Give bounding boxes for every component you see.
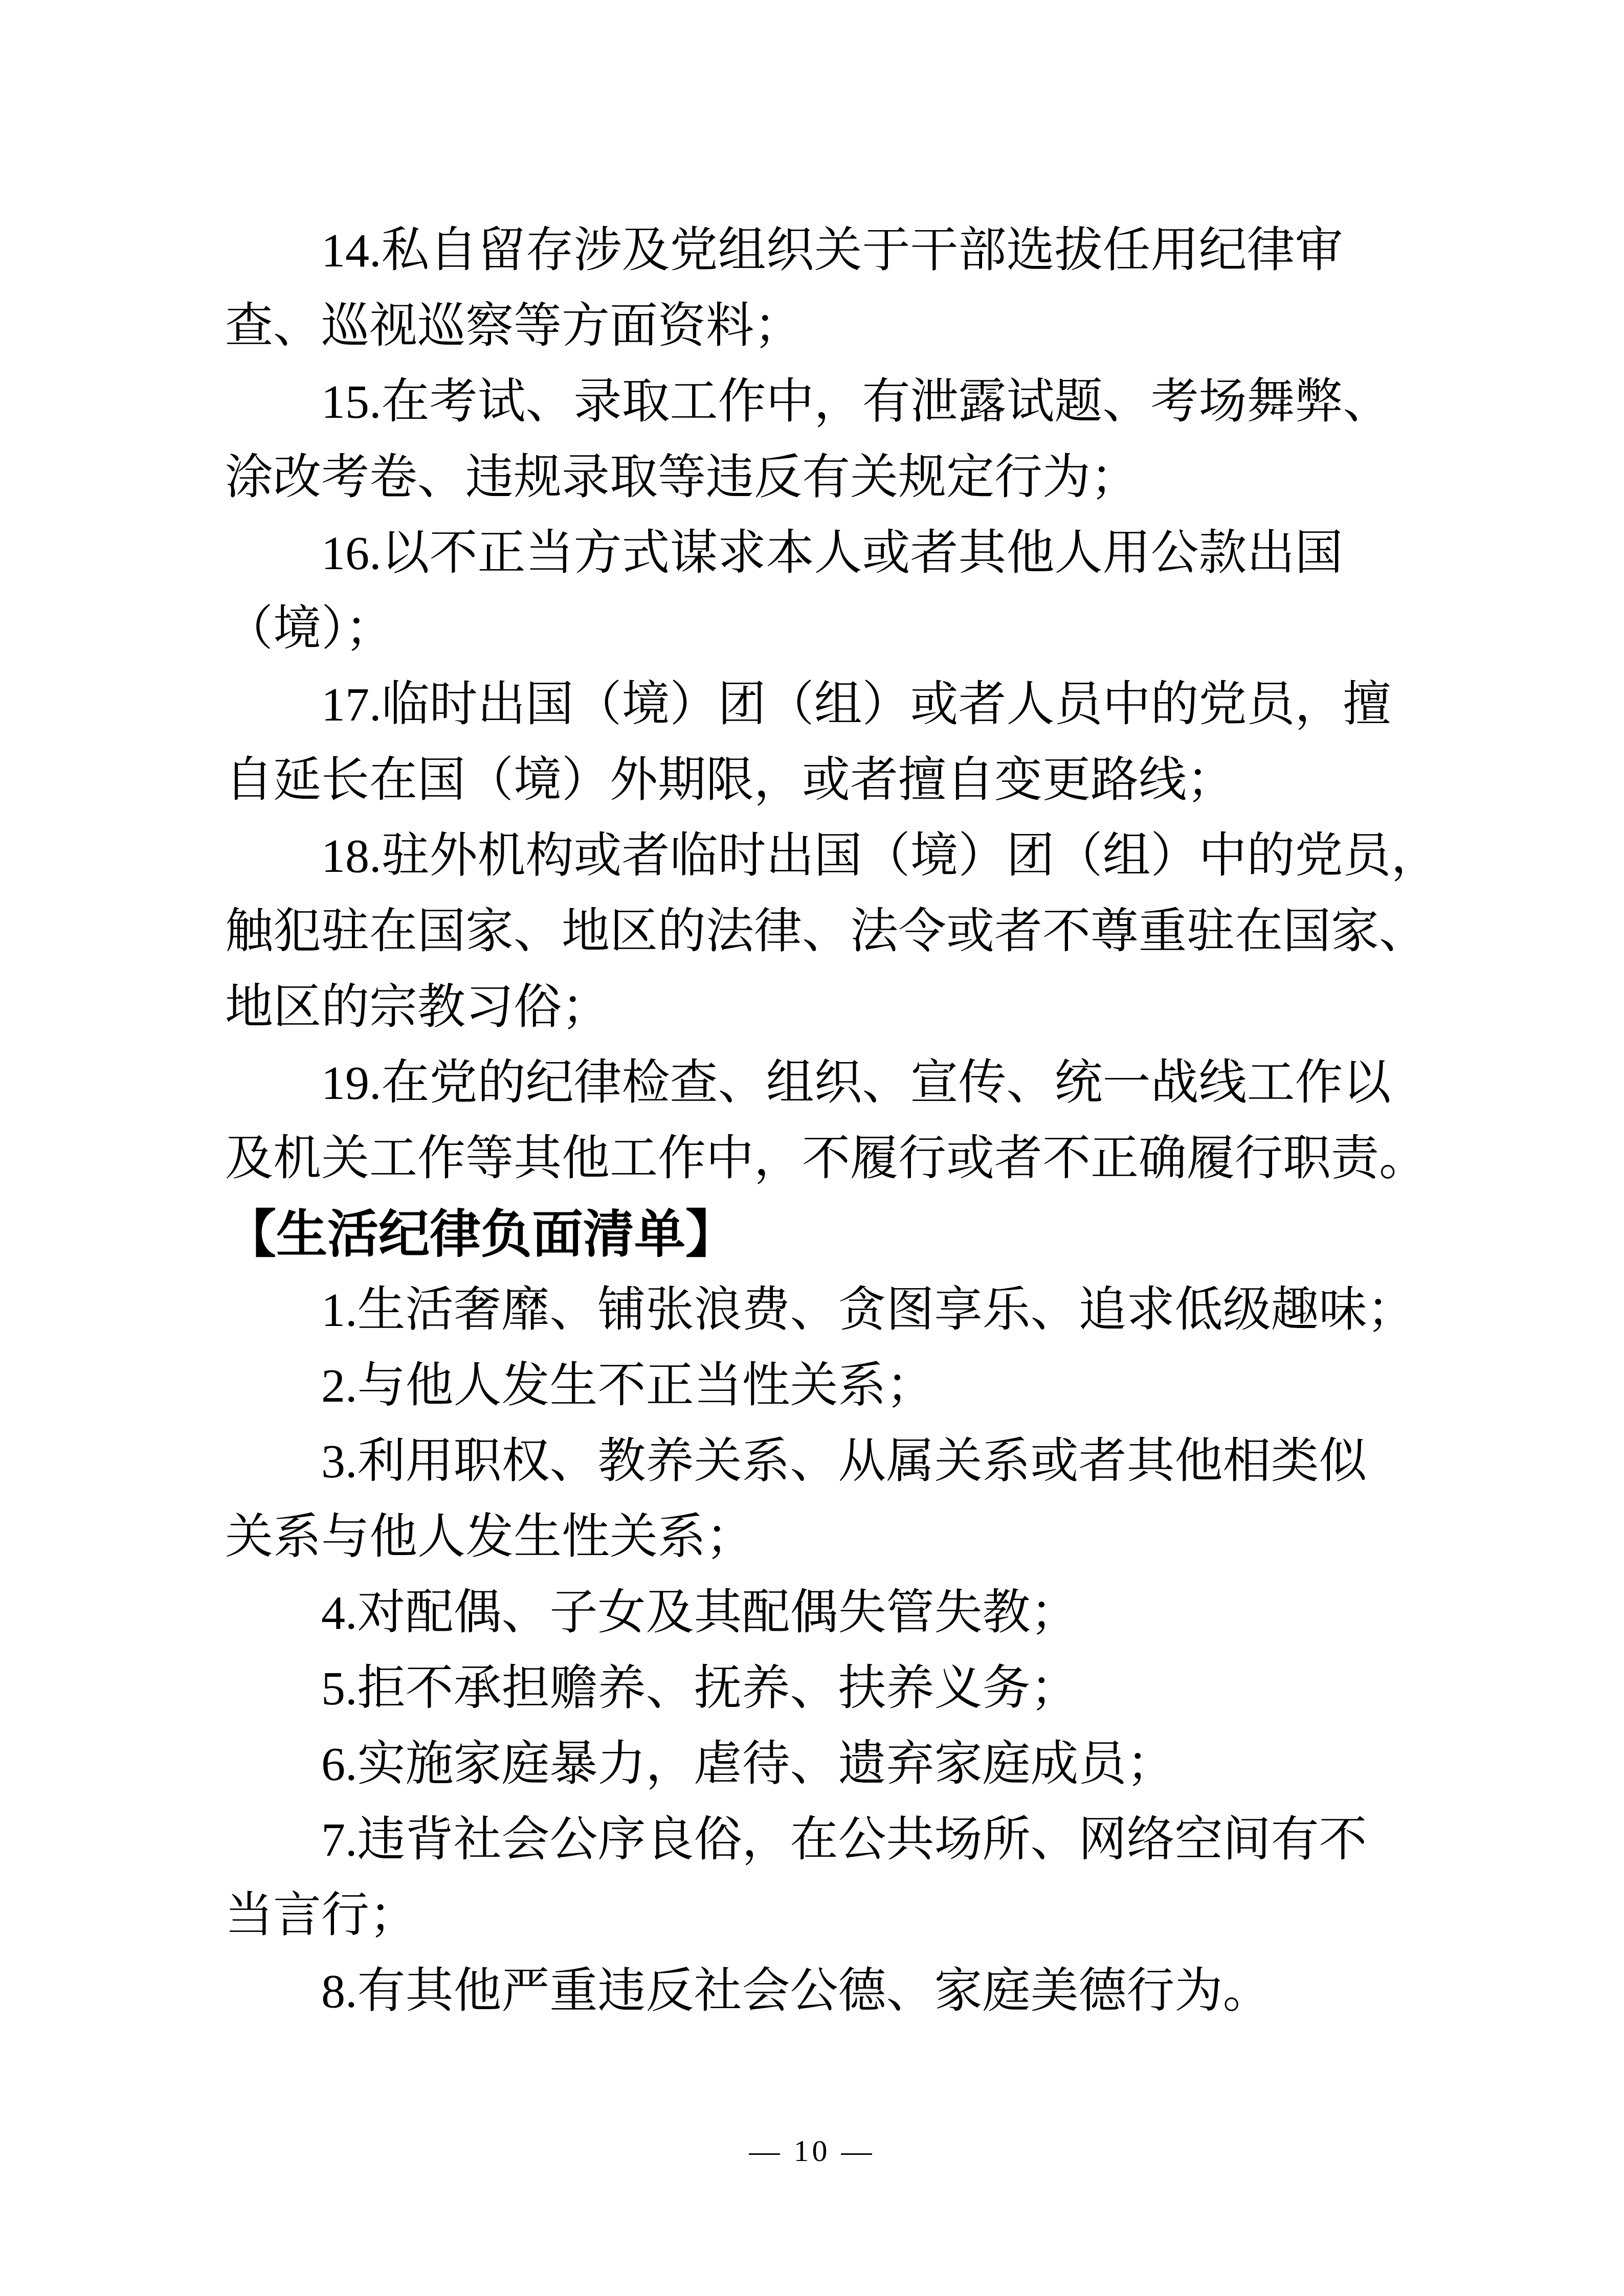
work-discipline-item-17: 17.临时出国（境）团（组）或者人员中的党员，擅 自延长在国（境）外期限，或者擅… (225, 667, 1453, 818)
work-discipline-item-16: 16.以不正当方式谋求本人或者其他人用公款出国 （境）； (225, 515, 1453, 667)
life-discipline-item-8: 8.有其他严重违反社会公德、家庭美德行为。 (225, 1953, 1453, 2029)
life-discipline-item-4: 4.对配偶、子女及其配偶失管失教； (225, 1575, 1453, 1651)
life-discipline-item-5: 5.拒不承担赡养、抚养、扶养义务； (225, 1651, 1453, 1726)
document-content: 14.私自留存涉及党组织关于干部选拔任用纪律审 查、巡视巡察等方面资料； 15.… (225, 213, 1453, 2029)
work-discipline-item-19: 19.在党的纪律检查、组织、宣传、统一战线工作以 及机关工作等其他工作中，不履行… (225, 1045, 1453, 1197)
work-discipline-item-18: 18.驻外机构或者临时出国（境）团（组）中的党员， 触犯驻在国家、地区的法律、法… (225, 818, 1453, 1045)
document-page: 14.私自留存涉及党组织关于干部选拔任用纪律审 查、巡视巡察等方面资料； 15.… (0, 0, 1624, 2296)
life-discipline-item-6: 6.实施家庭暴力，虐待、遗弃家庭成员； (225, 1726, 1453, 1802)
page-footer: — 10 — (0, 2126, 1624, 2175)
section-heading-life-discipline: 【生活纪律负面清单】 (225, 1197, 1453, 1272)
page-number: — 10 — (749, 2134, 875, 2168)
life-discipline-item-3: 3.利用职权、教养关系、从属关系或者其他相类似 关系与他人发生性关系； (225, 1424, 1453, 1575)
work-discipline-item-14: 14.私自留存涉及党组织关于干部选拔任用纪律审 查、巡视巡察等方面资料； (225, 213, 1453, 364)
life-discipline-item-7: 7.违背社会公序良俗，在公共场所、网络空间有不 当言行； (225, 1802, 1453, 1953)
life-discipline-item-1: 1.生活奢靡、铺张浪费、贪图享乐、追求低级趣味； (225, 1272, 1453, 1348)
life-discipline-item-2: 2.与他人发生不正当性关系； (225, 1348, 1453, 1424)
work-discipline-item-15: 15.在考试、录取工作中，有泄露试题、考场舞弊、 涂改考卷、违规录取等违反有关规… (225, 364, 1453, 515)
